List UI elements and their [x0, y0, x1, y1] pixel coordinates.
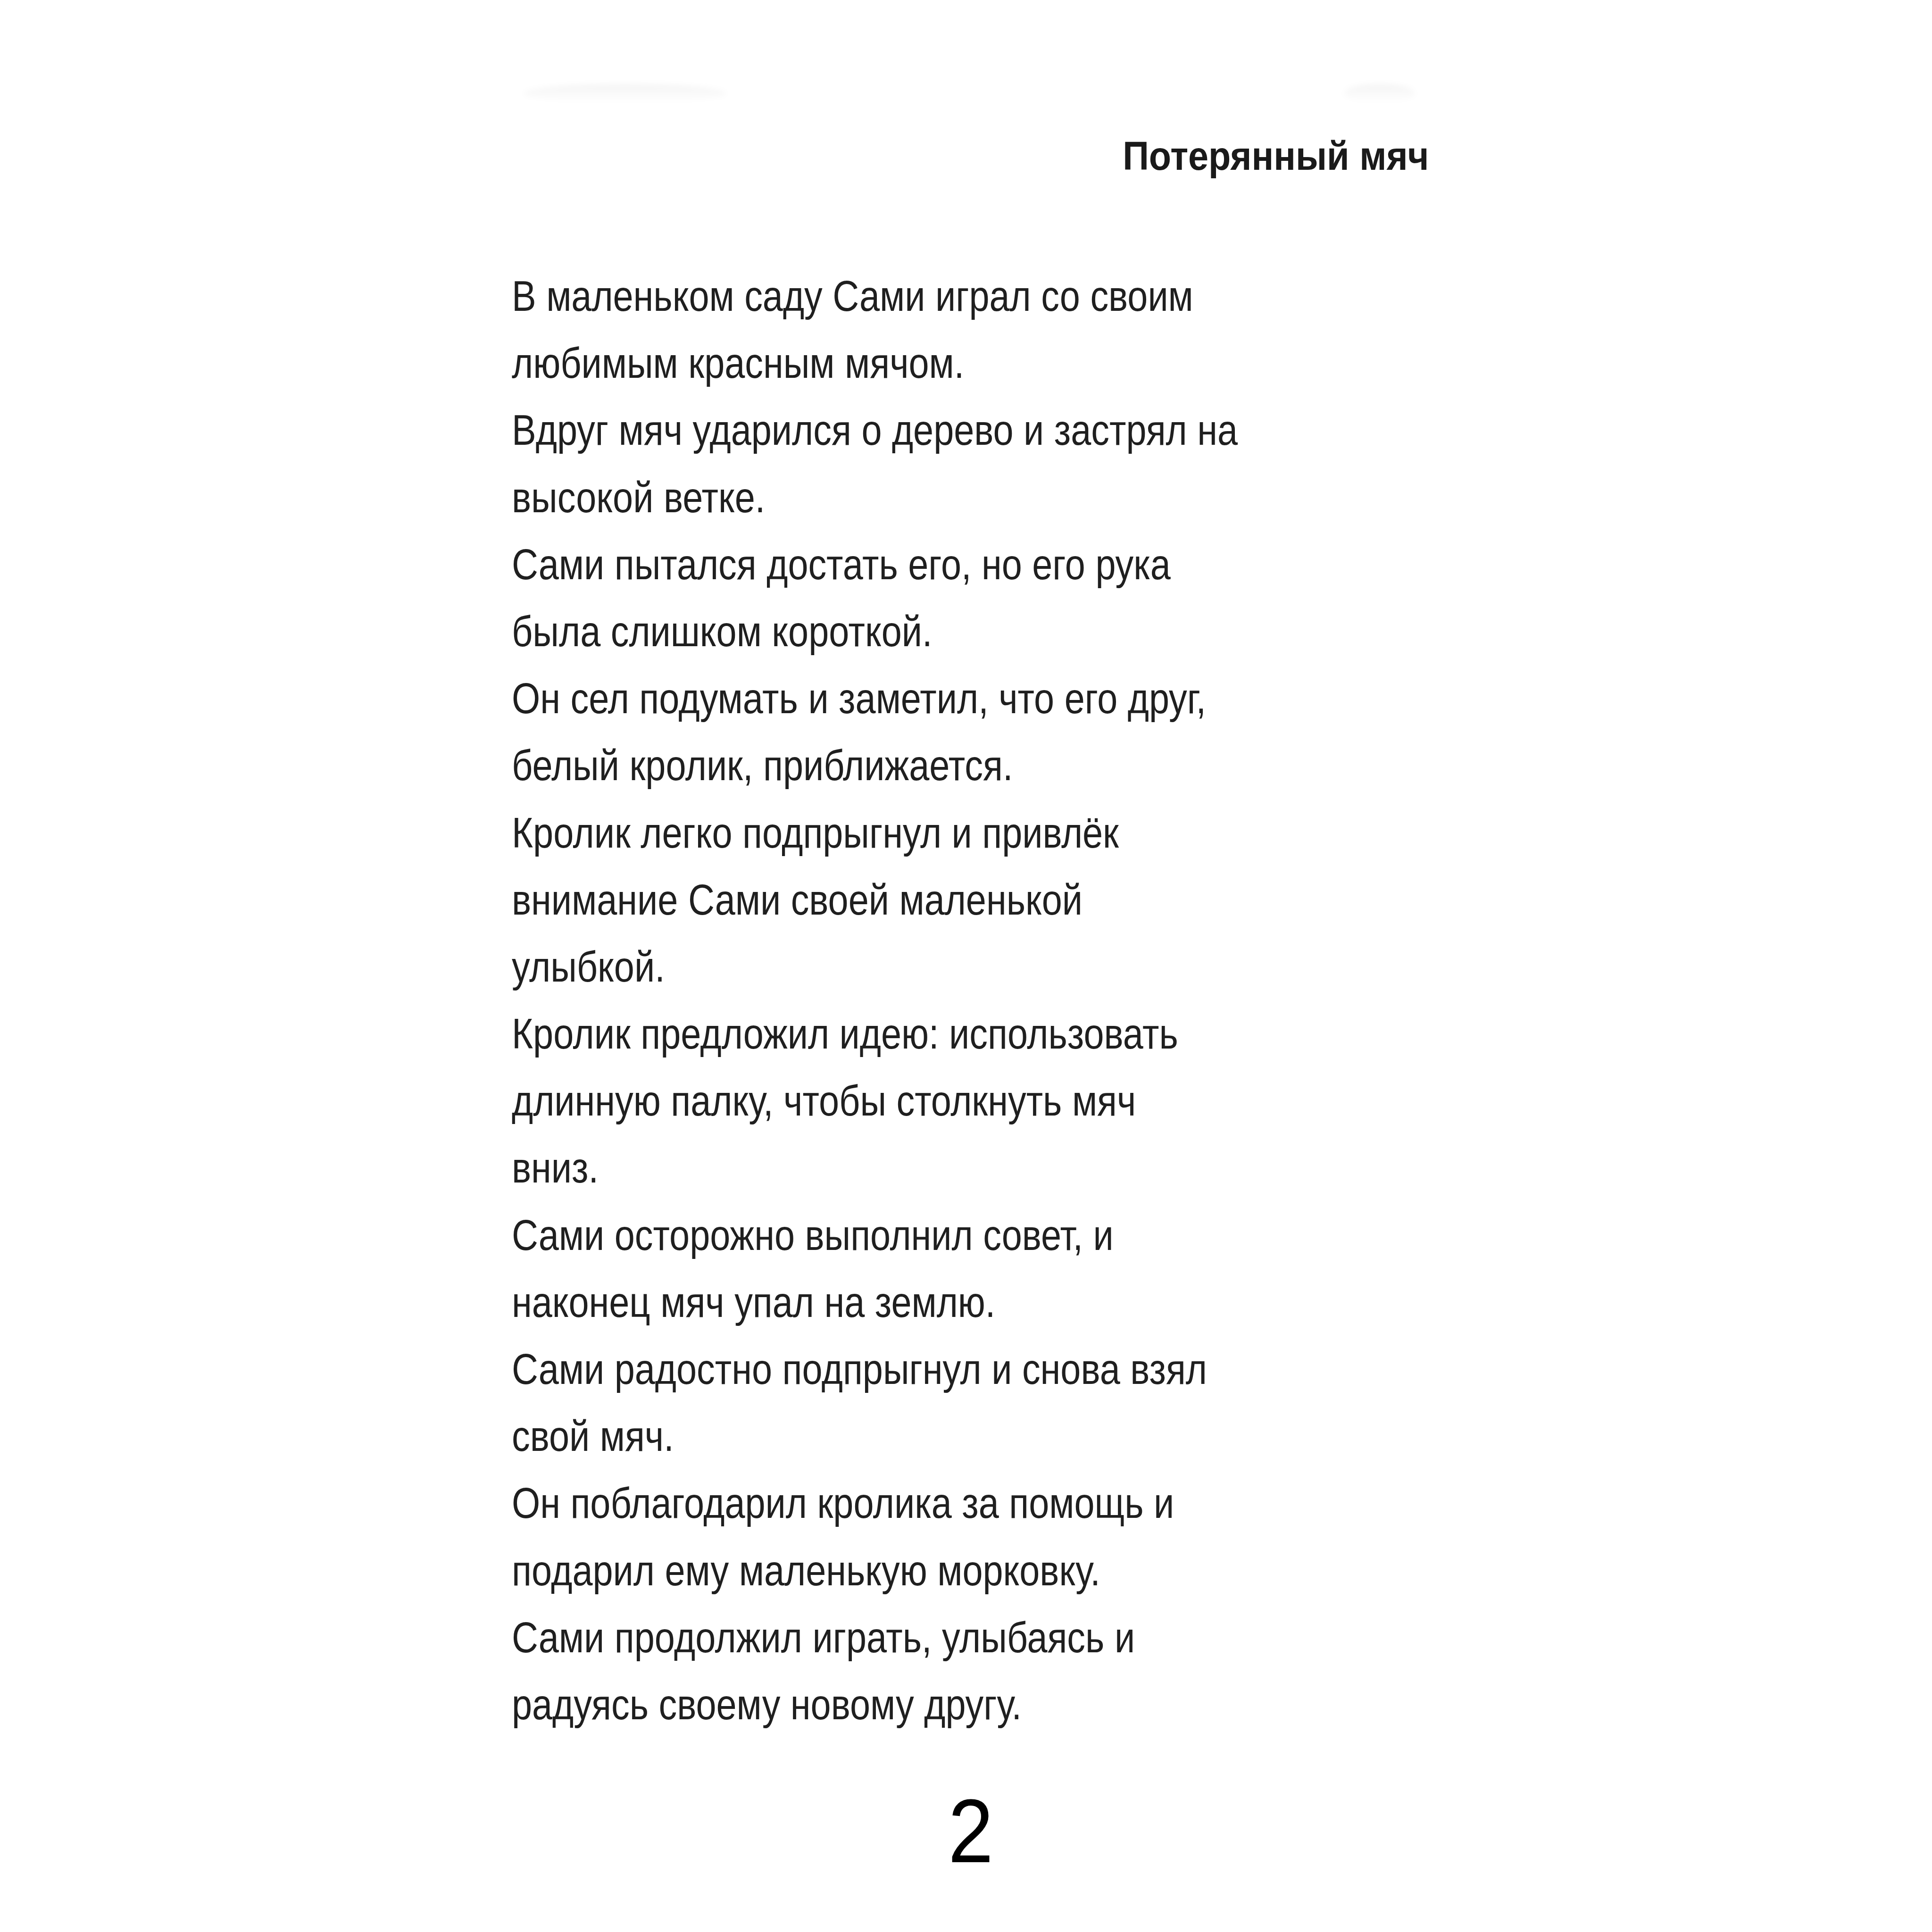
text-line: белый кролик, приближается.: [512, 738, 1323, 805]
text-line: улыбкой.: [512, 940, 1323, 1007]
text-line: радуясь своему новому другу.: [512, 1677, 1323, 1744]
text-line: Сами пытался достать его, но его рука: [512, 537, 1323, 604]
text-line: Кролик легко подпрыгнул и привлёк: [512, 806, 1323, 873]
story-title: Потерянный мяч: [1123, 133, 1429, 180]
text-line: В маленьком саду Сами играл со своим: [512, 269, 1323, 336]
text-line: Вдруг мяч ударился о дерево и застрял на: [512, 403, 1323, 470]
story-body: В маленьком саду Сами играл со своим люб…: [512, 269, 1455, 1744]
text-line: высокой ветке.: [512, 470, 1323, 537]
text-line: Кролик предложил идею: использовать: [512, 1007, 1323, 1074]
text-line: Сами осторожно выполнил совет, и: [512, 1208, 1323, 1275]
text-line: вниз.: [512, 1141, 1323, 1207]
text-line: Он поблагодарил кролика за помощь и: [512, 1476, 1323, 1543]
text-line: свой мяч.: [512, 1409, 1323, 1476]
text-line: была слишком короткой.: [512, 604, 1323, 671]
text-line: длинную палку, чтобы столкнуть мяч: [512, 1074, 1323, 1141]
page-number: 2: [928, 1784, 1013, 1878]
text-line: наконец мяч упал на землю.: [512, 1275, 1323, 1342]
text-line: Сами продолжил играть, улыбаясь и: [512, 1610, 1323, 1677]
text-line: Сами радостно подпрыгнул и снова взял: [512, 1342, 1323, 1409]
text-line: внимание Сами своей маленькой: [512, 873, 1323, 940]
top-shadow-right: [1344, 84, 1415, 103]
text-line: подарил ему маленькую морковку.: [512, 1543, 1323, 1610]
top-shadow-left: [524, 84, 726, 103]
text-line: любимым красным мячом.: [512, 336, 1323, 403]
text-line: Он сел подумать и заметил, что его друг,: [512, 671, 1323, 738]
